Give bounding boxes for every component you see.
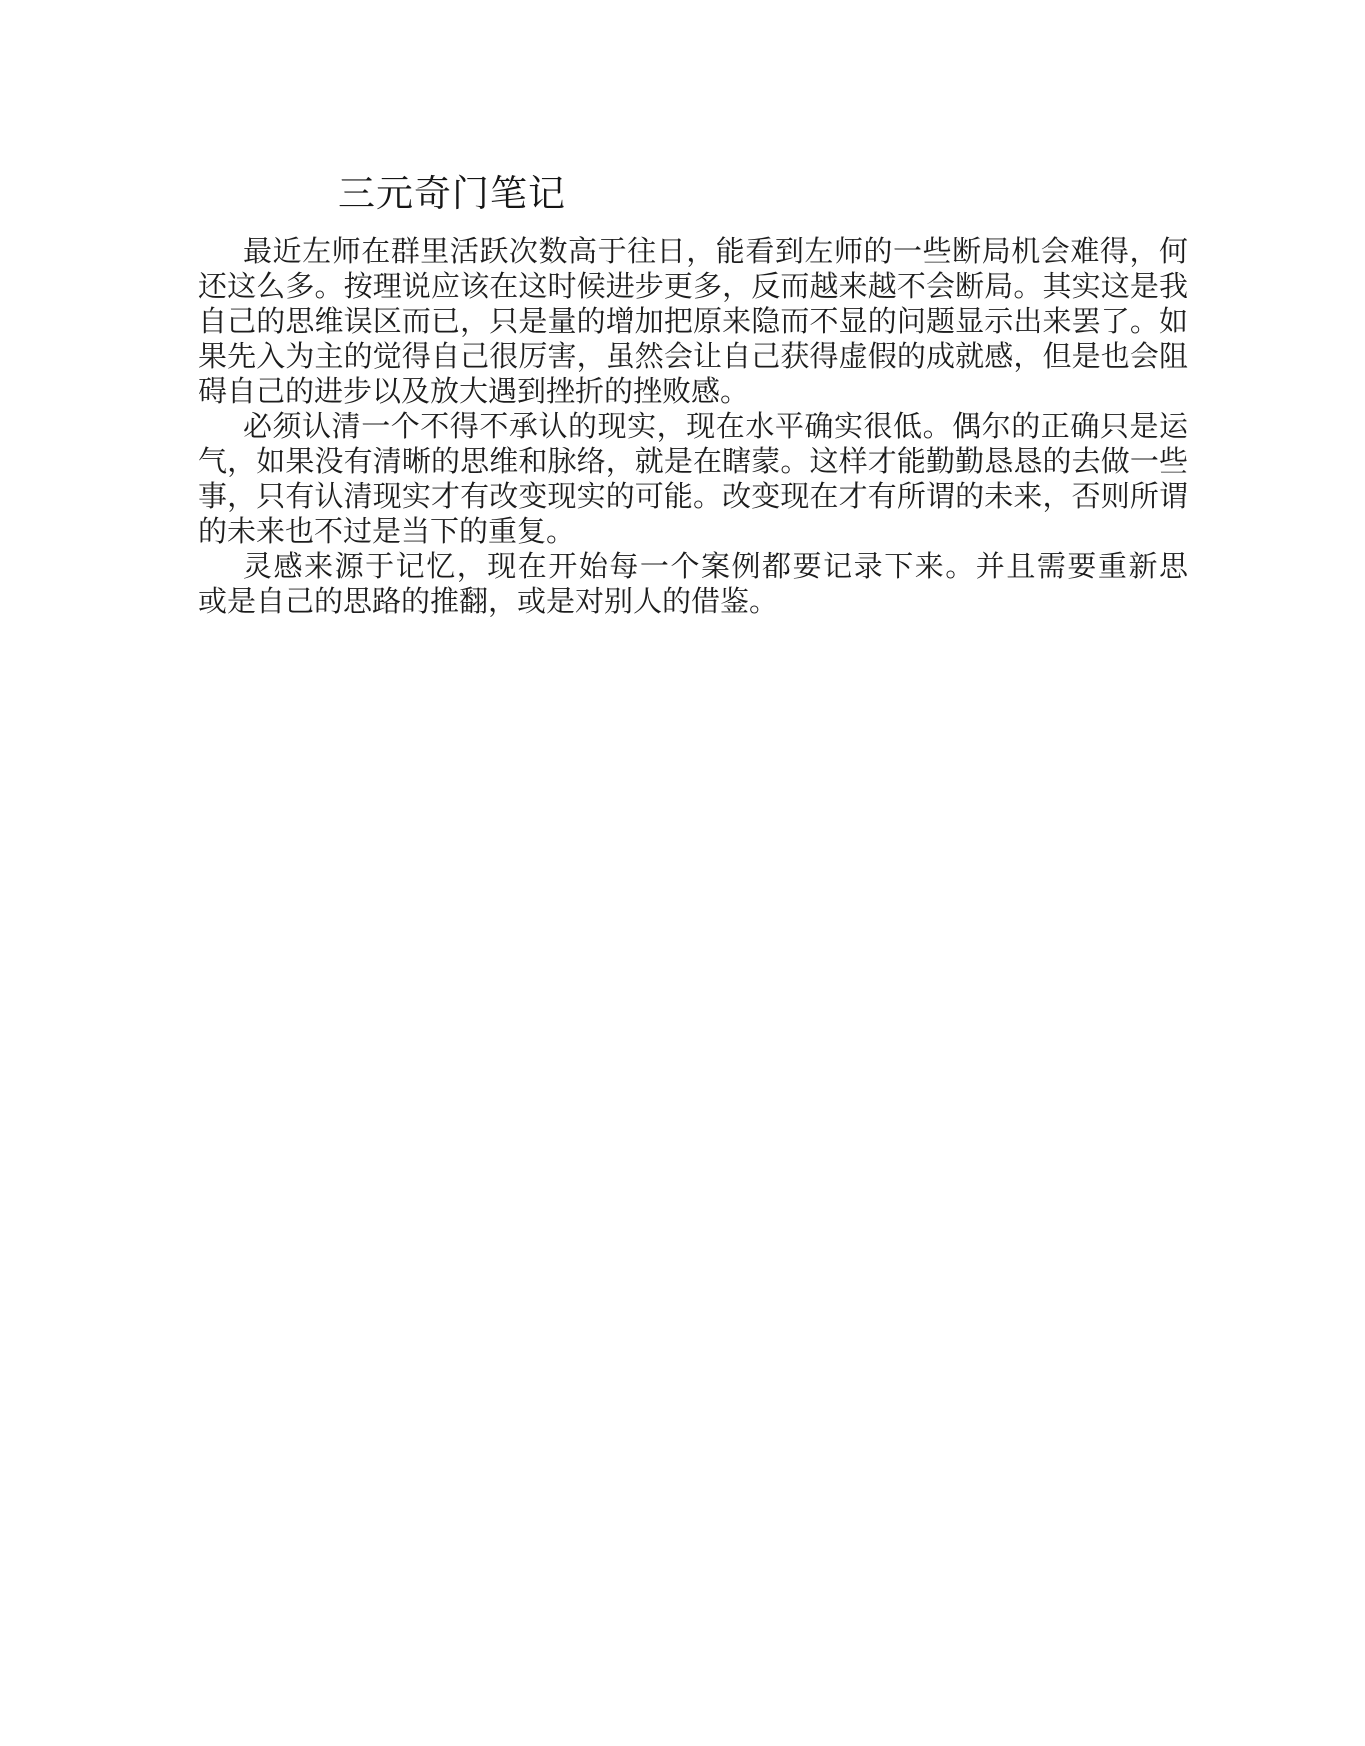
text-line: 的未来也不过是当下的重复。: [198, 514, 1188, 549]
text-line: 必须认清一个不得不承认的现实，现在水平确实很低。偶尔的正确只是运: [198, 409, 1188, 444]
paragraph: 必须认清一个不得不承认的现实，现在水平确实很低。偶尔的正确只是运气，如果没有清晰…: [198, 409, 1188, 549]
text-line: 气，如果没有清晰的思维和脉络，就是在瞎蒙。这样才能勤勤恳恳的去做一些: [198, 444, 1188, 479]
text-line: 或是自己的思路的推翻，或是对别人的借鉴。: [198, 584, 1188, 619]
paragraph: 灵感来源于记忆，现在开始每一个案例都要记录下来。并且需要重新思考，或是自己的思路…: [198, 549, 1188, 619]
document-title: 三元奇门笔记: [198, 170, 1188, 218]
document-page: 三元奇门笔记 最近左师在群里活跃次数高于往日，能看到左师的一些断局机会难得，何况…: [0, 0, 1365, 1746]
text-line: 自己的思维误区而已，只是量的增加把原来隐而不显的问题显示出来罢了。如: [198, 304, 1188, 339]
text-line: 灵感来源于记忆，现在开始每一个案例都要记录下来。并且需要重新思考，: [198, 549, 1188, 584]
text-line: 还这么多。按理说应该在这时候进步更多，反而越来越不会断局。其实这是我: [198, 269, 1188, 304]
paragraphs-container: 最近左师在群里活跃次数高于往日，能看到左师的一些断局机会难得，何况还这么多。按理…: [198, 234, 1188, 619]
text-line: 最近左师在群里活跃次数高于往日，能看到左师的一些断局机会难得，何况: [198, 234, 1188, 269]
text-line: 事，只有认清现实才有改变现实的可能。改变现在才有所谓的未来，否则所谓: [198, 479, 1188, 514]
paragraph: 最近左师在群里活跃次数高于往日，能看到左师的一些断局机会难得，何况还这么多。按理…: [198, 234, 1188, 409]
document-content: 三元奇门笔记 最近左师在群里活跃次数高于往日，能看到左师的一些断局机会难得，何况…: [198, 170, 1188, 619]
text-line: 碍自己的进步以及放大遇到挫折的挫败感。: [198, 374, 1188, 409]
text-line: 果先入为主的觉得自己很厉害，虽然会让自己获得虚假的成就感，但是也会阻: [198, 339, 1188, 374]
